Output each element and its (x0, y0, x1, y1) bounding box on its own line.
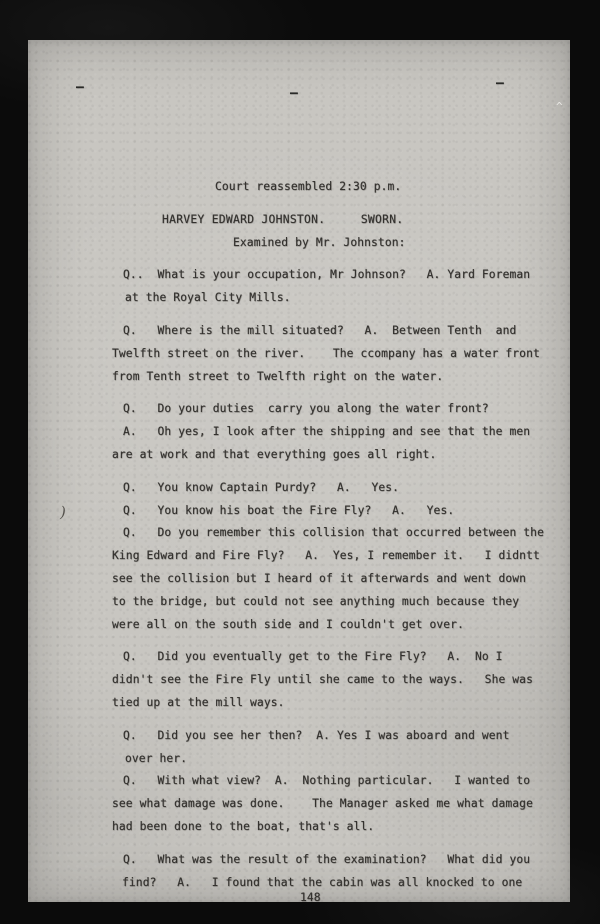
document-line: Q. Did you eventually get to the Fire Fl… (28, 646, 570, 669)
document-lines: Court reassembled 2:30 p.m.HARVEY EDWARD… (28, 40, 570, 910)
document-line: Examined by Mr. Johnston: (28, 232, 570, 255)
document-line: didn't see the Fire Fly until she came t… (28, 669, 570, 692)
document-line: at the Royal City Mills. (28, 287, 570, 310)
document-line: Q. With what view? A. Nothing particular… (28, 770, 570, 793)
document-line: Q. Do your duties carry you along the wa… (28, 398, 570, 421)
document-line: King Edward and Fire Fly? A. Yes, I reme… (28, 545, 570, 568)
document-line: Q. You know his boat the Fire Fly? A. Ye… (28, 500, 570, 523)
film-photo-frame: – – – ) ^ Court reassembled 2:30 p.m.HAR… (0, 0, 600, 924)
scanned-page: – – – ) ^ Court reassembled 2:30 p.m.HAR… (28, 40, 570, 902)
document-line: from Tenth street to Twelfth right on th… (28, 366, 570, 389)
document-line: had been done to the boat, that's all. (28, 816, 570, 839)
document-line: Twelfth street on the river. The ccompan… (28, 343, 570, 366)
document-line: Q. You know Captain Purdy? A. Yes. (28, 477, 570, 500)
document-line: see the collision but I heard of it afte… (28, 568, 570, 591)
document-line: Q. What was the result of the examinatio… (28, 849, 570, 872)
document-line: Q. Where is the mill situated? A. Betwee… (28, 320, 570, 343)
document-line: Q. Do you remember this collision that o… (28, 522, 570, 545)
document-line: Court reassembled 2:30 p.m. (28, 176, 570, 199)
document-line: tied up at the mill ways. (28, 692, 570, 715)
document-line: HARVEY EDWARD JOHNSTON. SWORN. (28, 209, 570, 232)
document-line: to the bridge, but could not see anythin… (28, 591, 570, 614)
document-line: Q.. What is your occupation, Mr Johnson?… (28, 264, 570, 287)
document-line: were all on the south side and I couldn'… (28, 614, 570, 637)
document-line: see what damage was done. The Manager as… (28, 793, 570, 816)
document-line: are at work and that everything goes all… (28, 444, 570, 467)
document-line: A. Oh yes, I look after the shipping and… (28, 421, 570, 444)
document-line: over her. (28, 748, 570, 771)
document-line: Q. Did you see her then? A. Yes I was ab… (28, 725, 570, 748)
